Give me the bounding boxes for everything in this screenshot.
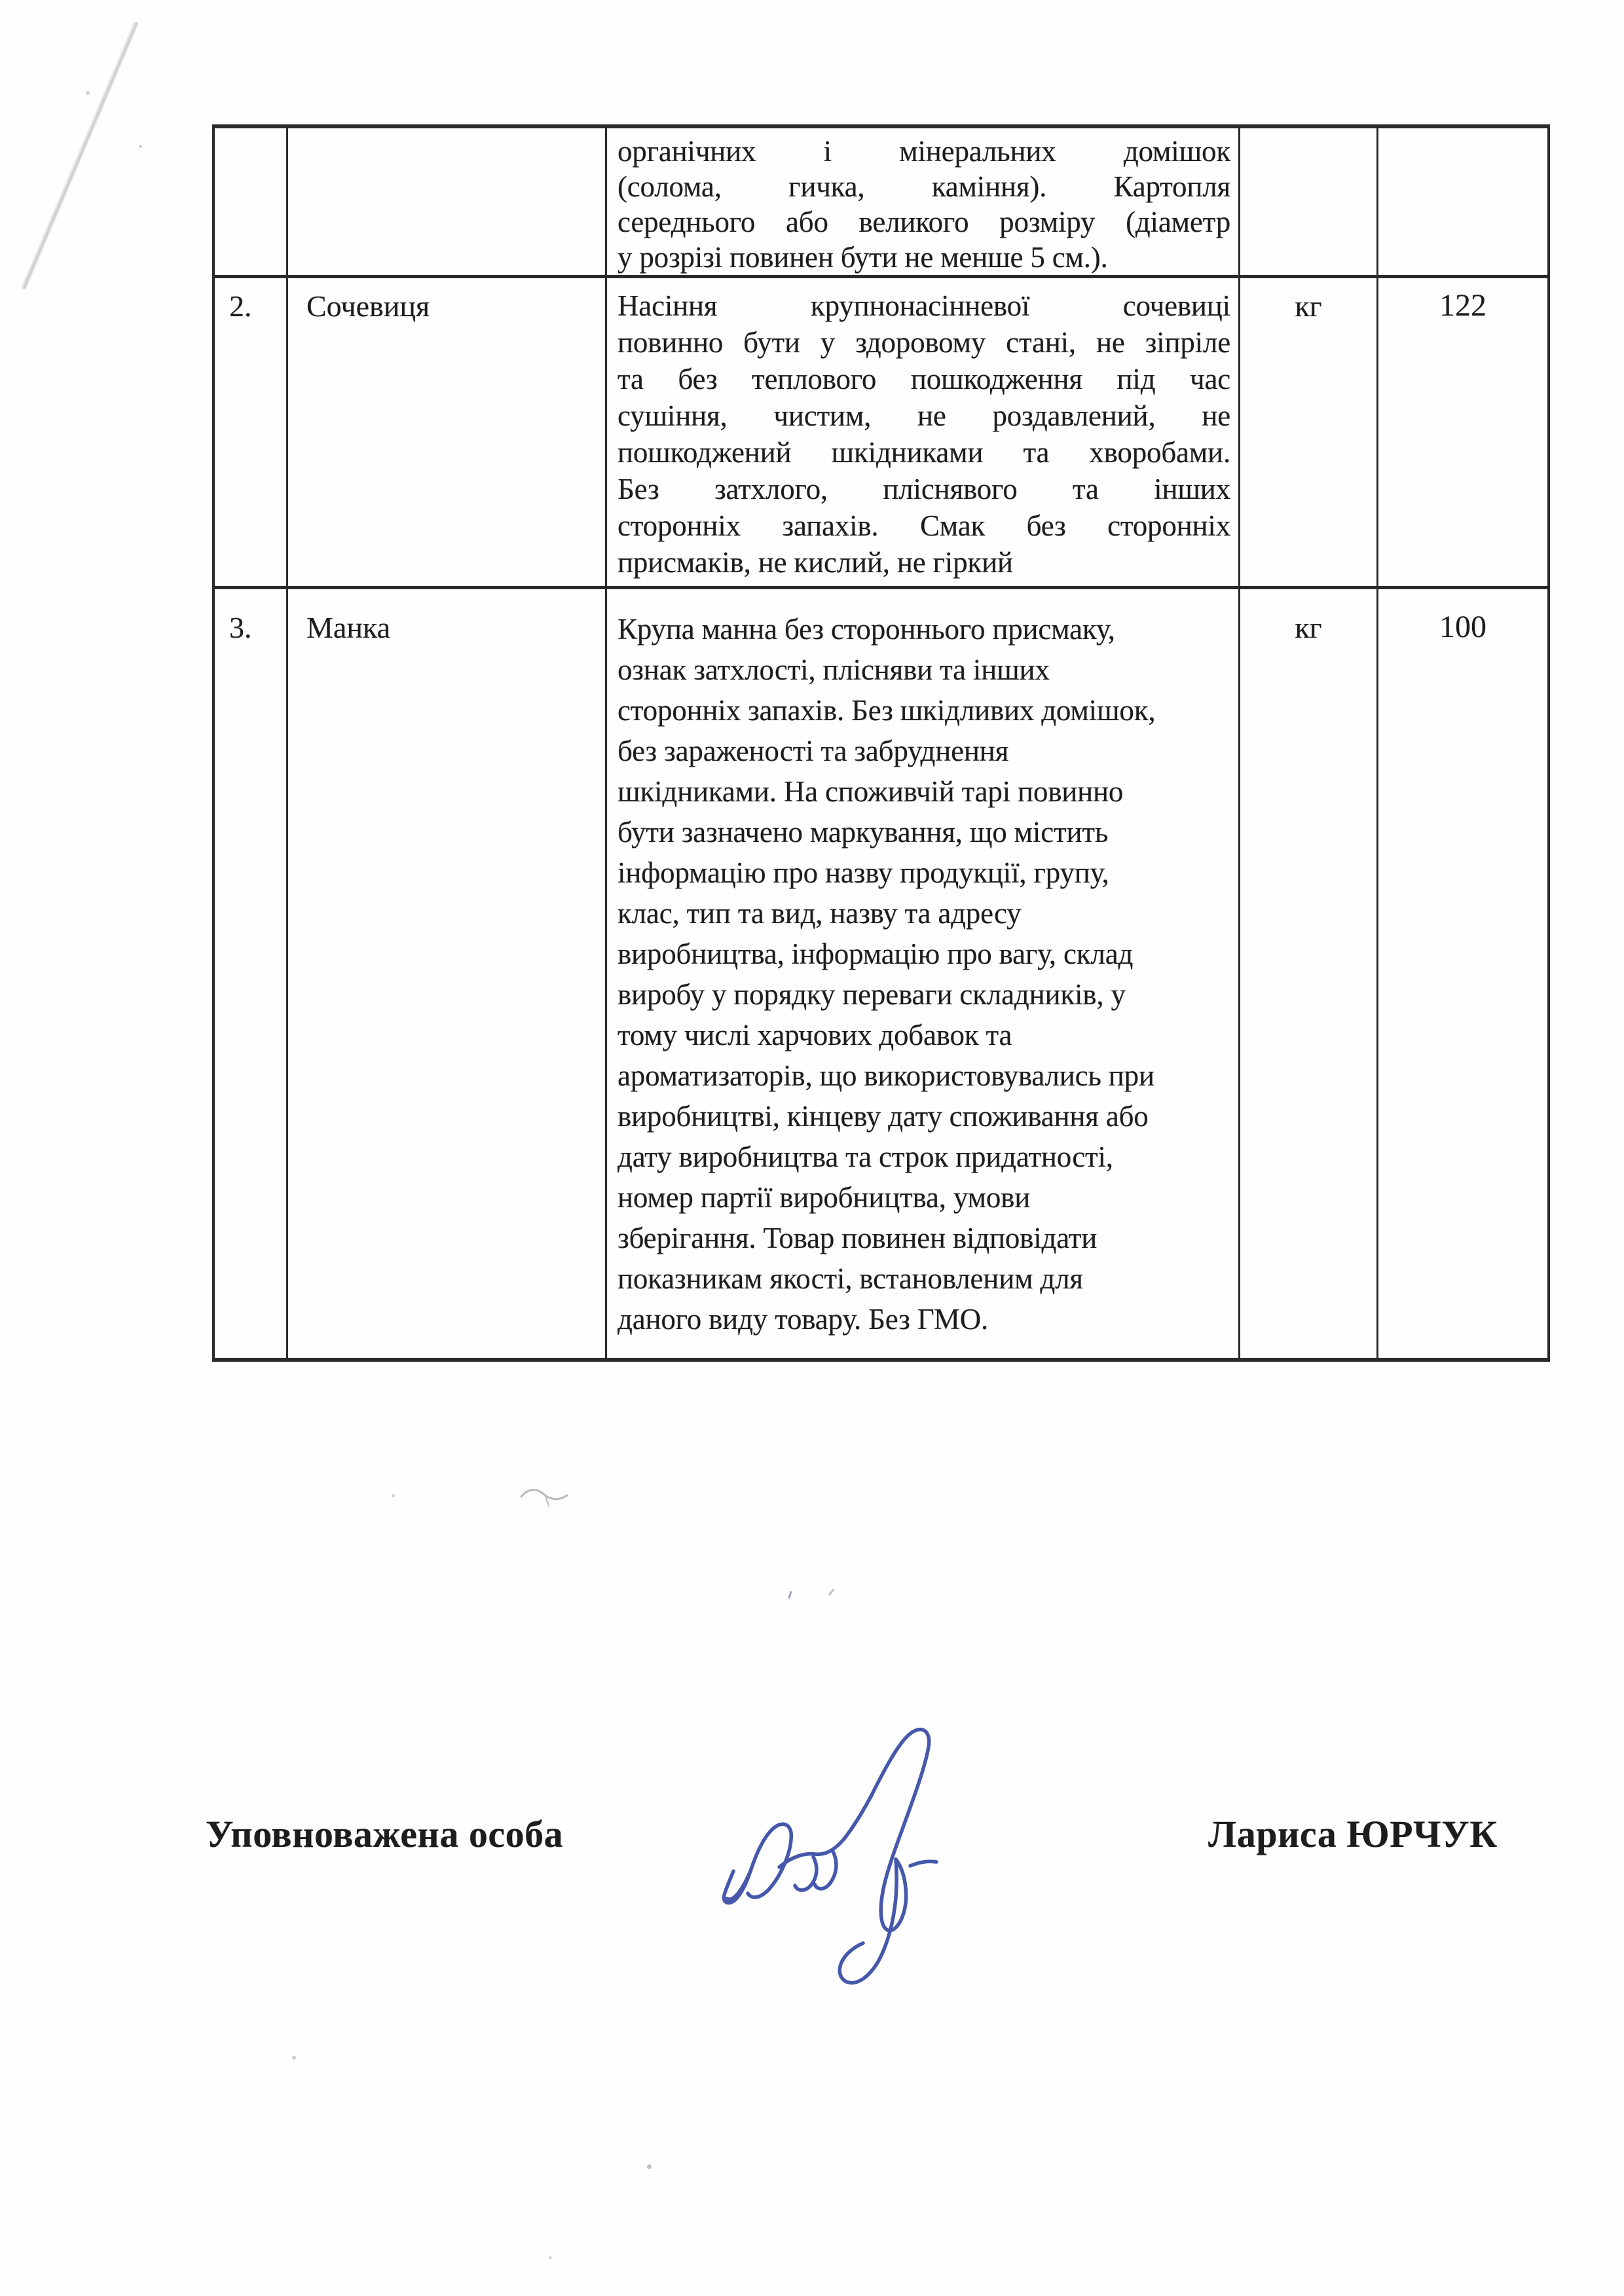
cell-product-name: Манка — [288, 589, 607, 1358]
scan-speck — [549, 2256, 552, 2259]
cell-product-name: Сочевиця — [288, 278, 607, 586]
scan-smudge-artifact — [519, 1481, 571, 1510]
paper-crease-artifact — [20, 21, 139, 291]
cell-number: 2. — [215, 278, 288, 586]
handwritten-signature — [694, 1702, 982, 2016]
cell-quantity: 100 — [1378, 589, 1547, 1358]
products-table: органічних і мінеральних домішок(солома,… — [212, 124, 1550, 1362]
scan-speck — [292, 2056, 296, 2060]
scan-speck — [828, 1588, 834, 1595]
scan-speck — [86, 91, 90, 95]
cell-quantity: 122 — [1378, 278, 1547, 586]
table-row: 3. Манка Крупа манна без стороннього при… — [215, 589, 1547, 1358]
cell-number — [215, 128, 288, 275]
cell-unit: кг — [1240, 589, 1378, 1358]
cell-product-name — [288, 128, 607, 275]
scan-speck — [647, 2164, 652, 2169]
scanned-page: органічних і мінеральних домішок(солома,… — [0, 0, 1624, 2296]
scan-speck — [788, 1591, 792, 1599]
cell-description: Крупа манна без стороннього присмаку,озн… — [607, 589, 1240, 1358]
signer-name: Лариса ЮРЧУК — [1208, 1812, 1498, 1856]
cell-quantity — [1378, 128, 1547, 275]
cell-number: 3. — [215, 589, 288, 1358]
cell-unit: кг — [1240, 278, 1378, 586]
table-row: 2. Сочевиця Насіння крупнонасінневої соч… — [215, 278, 1547, 589]
cell-unit — [1240, 128, 1378, 275]
cell-description: Насіння крупнонасінневої сочевиціповинно… — [607, 278, 1240, 586]
cell-description: органічних і мінеральних домішок(солома,… — [607, 128, 1240, 275]
scan-speck — [139, 145, 142, 148]
authorized-person-label: Уповноважена особа — [206, 1812, 563, 1856]
table-row: органічних і мінеральних домішок(солома,… — [215, 128, 1547, 278]
scan-speck — [392, 1494, 395, 1497]
